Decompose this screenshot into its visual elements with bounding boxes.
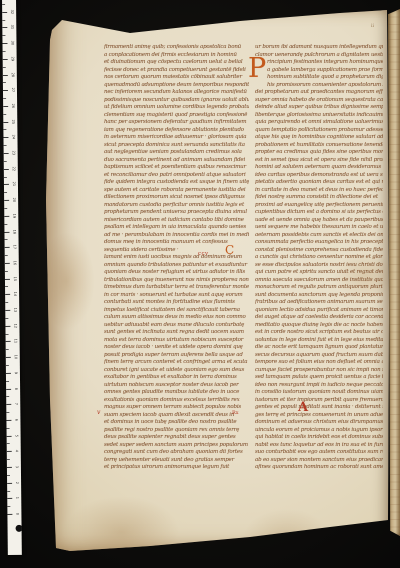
ruler-cm-tick <box>4 184 9 185</box>
ruler-half-tick <box>6 412 9 413</box>
next-page-edge <box>388 9 400 536</box>
text-line: dominum et aduersus christum eius dirump… <box>255 419 383 427</box>
column-right: ur borum ibi adamant nusquam intellegend… <box>255 44 383 472</box>
text-line: monachorum et regulis patrum antiquorum … <box>255 284 383 292</box>
text-line: firmamenti animę quib; confessionis apos… <box>104 44 249 52</box>
text-line: aut neglegentiae ueniam postulandam cred… <box>104 149 249 157</box>
text-line: noster deus iacob · uenite et uidete ope… <box>104 344 249 352</box>
ruler-cm-label: 20 <box>12 196 16 204</box>
text-line: homini ad salutem aeternam quam desidera… <box>255 164 383 172</box>
ruler-end-dot <box>16 525 22 532</box>
initial-a: A <box>298 401 308 414</box>
ruler-cm-label: 27 <box>11 86 15 94</box>
text-line: qui cum patre et spiritu sancto uiuit et… <box>255 269 383 277</box>
text-line: suo conturbabit eos ego autem constitutu… <box>255 449 383 457</box>
text-line: sed tamquam puluis quem proicit uentus a… <box>255 374 383 382</box>
text-line: gentes et populi meditati sunt inania · … <box>255 404 383 412</box>
ruler-half-tick <box>4 192 7 193</box>
text-line: fratribus ad aedificationem animarum sua… <box>255 299 383 307</box>
ruler-half-tick <box>7 490 10 491</box>
text-line: quia perquirendo et omni simulatione ual… <box>255 119 383 127</box>
text-line: quemadmodū adsumptione deum temporibus r… <box>104 82 249 90</box>
text-line: uade et uende omnia quę habes et da paup… <box>255 217 383 225</box>
text-line: et principatus uirorum animorumque legum… <box>104 464 249 472</box>
ruler-half-tick <box>4 224 7 225</box>
text-line: magnus super omnem terram subiecit popul… <box>104 404 249 412</box>
text-line: hanc per aspersionem deferatur gaudium i… <box>104 119 249 127</box>
ruler-cm-tick <box>6 404 11 405</box>
text-line: timebimus dum turbabitur terra et transf… <box>104 284 249 292</box>
ruler-half-tick <box>3 67 6 68</box>
text-line: sicut praecepta dominica sunt seruanda s… <box>104 142 249 150</box>
ruler-half-tick <box>7 428 10 429</box>
text-line: exultationis quoniam dominus excelsus te… <box>104 397 249 405</box>
text-line: terrę uehementer eleuati sunt deo gratia… <box>104 457 249 465</box>
text-line: omnia saecula saeculorum amen de institu… <box>255 277 383 285</box>
ruler-half-tick <box>4 145 7 146</box>
ruler-cm-label: 25 <box>11 117 15 125</box>
ruler-cm-tick <box>3 74 8 75</box>
text-line: in cor maris · sonuerunt et turbatae sun… <box>104 292 249 300</box>
ruler-cm-tick <box>7 498 12 499</box>
text-line: cumque faciet prosperabuntur non sic imp… <box>255 367 383 375</box>
ruler-cm-label: 4 <box>15 447 19 455</box>
text-line: clamor uenerandę pulchrorum a dignitatem… <box>255 52 383 60</box>
text-line: culum suum altissimus deus in medio eius… <box>104 314 249 322</box>
ruler-half-tick <box>7 506 10 507</box>
text-line: duo sacramenta pertinent ad animam salua… <box>104 157 249 165</box>
ruler-half-tick <box>4 208 7 209</box>
photo-background: 3332313029282726252423222120191817161514… <box>0 0 400 568</box>
text-line: mota est terra dominus uirtutum nobiscum… <box>104 337 249 345</box>
text-line: psallite regi nostro psallite quoniam re… <box>104 427 249 435</box>
ruler-cm-tick <box>4 216 9 217</box>
text-line: ges terrę et principes conuenerunt in un… <box>255 412 383 420</box>
ruler-cm-tick <box>7 483 12 484</box>
text-line: clementiam suę magisterii quod praestigi… <box>104 112 249 120</box>
text-line: a gabele lamberga supplicationem prae fo… <box>255 67 383 75</box>
ruler-cm-tick <box>3 106 8 107</box>
ruler-cm-tick <box>2 43 7 44</box>
text-line: dei prophetarum aut praedicantes magnoru… <box>255 89 383 97</box>
ruler-cm-tick <box>2 12 7 13</box>
text-line: sedet super sedem sanctam suam principes… <box>104 442 249 450</box>
ruler-cm-label: 18 <box>12 227 16 235</box>
ruler-cm-tick <box>4 231 9 232</box>
text-line: suam speciem iacob quam dilexit ascendit… <box>104 412 249 420</box>
ruler-cm-label: 7 <box>14 400 18 408</box>
text-line: iam quę regeneratione defensore ablution… <box>104 127 249 135</box>
text-line: deinde aliud super quibus tribus digniss… <box>255 104 383 112</box>
ruler-cm-label: 26 <box>11 102 15 110</box>
text-line: aeternam possidebis cum sanctis et elect… <box>255 232 383 240</box>
ruler-cm-label: 22 <box>12 165 16 173</box>
ruler-half-tick <box>5 255 8 256</box>
ruler-half-tick <box>4 177 7 178</box>
text-line: mandatorum custodia perficitur omnis ius… <box>104 202 249 210</box>
text-line: meditatio quoque diuinę legis die ac noc… <box>255 322 383 330</box>
text-line: tempore suo et folium eius non defluet e… <box>255 359 383 367</box>
text-line: et dominus in uoce tubę psallite deo nos… <box>104 419 249 427</box>
text-line: consummata perfectio euangelica in his p… <box>255 239 383 247</box>
text-line: super omnia habeto de orationum sequestr… <box>255 97 383 105</box>
text-line: est in corde nostro sicut scriptum est b… <box>255 329 383 337</box>
ruler-cm-label: 31 <box>10 23 14 31</box>
folio-number: ii <box>371 24 374 29</box>
ruler-half-tick <box>3 114 6 115</box>
text-line: et diuinationum quę cōspectu caelorum ue… <box>104 59 249 67</box>
text-line: est in semet ipsa sicut et opera sine fi… <box>255 157 383 165</box>
ruler-cm-tick <box>5 263 10 264</box>
paragraph-mark: v <box>97 409 100 416</box>
text-line: conturbati sunt montes in fortitudine ei… <box>104 299 249 307</box>
ruler-cm-label: 11 <box>14 337 18 345</box>
text-line: sunt gentes et inclinata sunt regna dedi… <box>104 329 249 337</box>
ruler-cm-label: 6 <box>14 416 18 424</box>
ruler-cm-tick <box>3 59 8 60</box>
ruler-half-tick <box>7 459 10 460</box>
ruler-cm-tick <box>3 122 8 123</box>
ruler-cm-label: 12 <box>13 322 17 330</box>
text-line: posuit prodigia super terram auferens be… <box>104 352 249 360</box>
ruler-half-tick <box>3 98 6 99</box>
ruler-half-tick <box>6 381 9 382</box>
text-line: psallam et intellegam in uia inmaculata … <box>104 224 249 232</box>
text-line: impetus laetificat ciuitatem dei sanctif… <box>104 307 249 315</box>
ruler-half-tick <box>3 51 6 52</box>
text-line: fidei nostrę summa consistit in dilectio… <box>255 194 383 202</box>
ruler-cm-label: 10 <box>14 353 18 361</box>
text-line: pietatis adsertio quoniam deus caritas e… <box>255 179 383 187</box>
text-line: prophetarum pendent uniuersa praecepta d… <box>104 209 249 217</box>
text-line: se esse discipulos saluatoris nostri ies… <box>255 262 383 270</box>
text-line: sunt documenta sanctorum quę legenda pro… <box>255 292 383 300</box>
text-line: proximi ad euangelicę uitę perfectionem … <box>255 202 383 210</box>
ruler-half-tick <box>5 286 8 287</box>
text-line: tribulationibus quę inuenerunt nos nimis… <box>104 277 249 285</box>
chapter-number-rubric: ccv <box>198 251 208 257</box>
text-line: nabit eos tunc loquetur ad eos in ira su… <box>255 442 383 450</box>
ruler-cm-tick <box>4 200 9 201</box>
text-line: ad me · perambulabam in innocentia cordi… <box>104 232 249 240</box>
ruler-half-tick <box>6 396 9 397</box>
ruler-cm-label: 16 <box>13 259 17 267</box>
ruler-cm-label: 3 <box>15 463 19 471</box>
text-line: libenterque gloriosissima uniuersitatis … <box>255 112 383 120</box>
text-line: hominum subtilitate quod a prophetarum d… <box>255 74 383 82</box>
ruler-cm-label: 8 <box>14 384 18 392</box>
ruler-half-tick <box>5 271 8 272</box>
ruler-cm-tick <box>7 514 12 515</box>
text-line: fide quidem integra custodienda est usqu… <box>104 179 249 187</box>
ruler-cm-label: 21 <box>12 180 16 188</box>
margin-rubric: Rx <box>232 410 239 416</box>
text-line: die ac nocte erit tamquam lignum quod pl… <box>255 344 383 352</box>
text-line: in caritate in deo manet et deus in eo h… <box>255 187 383 195</box>
ruler-cm-label: 9 <box>14 369 18 377</box>
ruler-cm-label: 15 <box>13 274 17 282</box>
ruler-cm-label: 28 <box>11 70 15 78</box>
measurement-ruler: 3332313029282726252423222120191817161514… <box>2 0 22 555</box>
text-line: cupientibus dictum est a domino si uis p… <box>255 209 383 217</box>
text-line: a conplacationem dei firmis ecclesiarum … <box>104 52 249 60</box>
text-line: uincula eorum et proiciamus a nobis iugu… <box>255 427 383 435</box>
ruler-cm-tick <box>3 137 8 138</box>
text-line: rincipium festinantes integrum hominumqu… <box>255 59 383 67</box>
text-line: dei auget atque ad caelestia desideria c… <box>255 314 383 322</box>
text-line: spe autem et caritate roborata permanent… <box>104 187 249 195</box>
text-line: his promissorum conuenienter apostolorum… <box>255 82 383 90</box>
initial-p: P <box>248 55 266 82</box>
ruler-cm-tick <box>5 310 10 311</box>
ruler-half-tick <box>6 365 9 366</box>
text-line: baptismum scilicet et poenitentiam quibu… <box>104 164 249 172</box>
ruler-cm-tick <box>6 388 11 389</box>
text-line: qui habitat in caelis inridebit eos et d… <box>255 434 383 442</box>
text-line: secus decursus aquarum quod fructum suum… <box>255 352 383 360</box>
ruler-cm-tick <box>5 294 10 295</box>
text-line: exaltabor in gentibus et exaltabor in te… <box>104 374 249 382</box>
ruler-cm-tick <box>6 357 11 358</box>
text-line: nec inferiorem secundum kalanos allegori… <box>104 89 249 97</box>
text-line: ut fidelium omnium uolumine cordibus leg… <box>104 104 249 112</box>
ruler-cm-tick <box>7 451 12 452</box>
text-line: quam temptatio pollicitationem probamur … <box>255 127 383 135</box>
ruler-half-tick <box>6 333 9 334</box>
text-line: deus psallite sapienter regnabit deus su… <box>104 434 249 442</box>
text-line: a cunctis qui christiano censentur nomin… <box>255 254 383 262</box>
text-line: constat plenissime conprehensa custodien… <box>255 247 383 255</box>
text-line: nos certorum quorum maiestatis cōbinauit… <box>104 74 249 82</box>
ruler-half-tick <box>4 161 7 162</box>
ruler-half-tick <box>7 443 10 444</box>
ruler-cm-label: 17 <box>13 243 17 251</box>
ruler-cm-label: 24 <box>11 133 15 141</box>
text-line: atque his quę in hominibus cognitione sa… <box>255 134 383 142</box>
text-line: conburet igni uacate et uidete quoniam e… <box>104 367 249 375</box>
ruler-cm-label: 5 <box>15 431 19 439</box>
ruler-half-tick <box>5 302 8 303</box>
text-line: quoniam lectio adsidua purificat animam … <box>255 307 383 315</box>
initial-c: C <box>225 244 234 256</box>
ruler-cm-tick <box>3 90 8 91</box>
column-left: firmamenti animę quib; confessionis apos… <box>104 44 249 472</box>
ruler-half-tick <box>7 475 10 476</box>
ruler-cm-tick <box>6 420 11 421</box>
ruler-cm-label: 29 <box>11 55 15 63</box>
text-line: afines quorundam hominum ac roborati sun… <box>255 464 383 472</box>
ruler-cm-tick <box>4 169 9 170</box>
ruler-cm-tick <box>7 436 12 437</box>
text-line: misericordiam autem et iudicium cantabo … <box>104 217 249 225</box>
ruler-cm-tick <box>7 467 12 468</box>
ruler-half-tick <box>5 318 8 319</box>
text-line: ideo non resurgunt impii in iudicio nequ… <box>255 382 383 390</box>
text-line: propter ea credimus quia fides sine oper… <box>255 149 383 157</box>
ruler-half-tick <box>2 4 5 5</box>
text-line: ueni sequere me habebis thesaurum in cae… <box>255 224 383 232</box>
text-line: in aeternum misericordiae adiuuemur · gl… <box>104 134 249 142</box>
text-line: dilectionem proximorum sicut nosmet ipso… <box>104 194 249 202</box>
text-line: omnes gentes plaudite manibus iubilate d… <box>104 389 249 397</box>
ruler-cm-tick <box>5 247 10 248</box>
ruler-cm-label: 32 <box>10 8 14 16</box>
text-line: uirtutum nobiscum susceptor noster deus … <box>104 382 249 390</box>
ruler-cm-label: 23 <box>12 149 16 157</box>
text-line: quoniam deus noster refugium et uirtus a… <box>104 269 249 277</box>
text-line: in consilio iustorum quoniam nouit domin… <box>255 389 383 397</box>
ruler-cm-tick <box>4 153 9 154</box>
ruler-cm-tick <box>5 326 10 327</box>
text-line: iustorum et iter impiorum peribit quare … <box>255 397 383 405</box>
text-line: ur borum ibi adamant nusquam intellegend… <box>255 44 383 52</box>
ruler-cm-tick <box>6 341 11 342</box>
ruler-cm-label: 13 <box>13 306 17 314</box>
ruler-cm-label: 30 <box>10 39 14 47</box>
ruler-cm-label: 14 <box>13 290 17 298</box>
ruler-cm-label: 19 <box>12 212 16 220</box>
text-line: ideo caritas operibus demonstranda est u… <box>255 172 383 180</box>
ruler-half-tick <box>3 82 6 83</box>
manuscript-page: ii firmamenti animę quib; confessionis a… <box>46 8 390 554</box>
ruler-cm-tick <box>2 27 7 28</box>
text-line: probationem et humilitatis conuersatione… <box>255 142 383 150</box>
text-line: uoluntas in lege domini fuit et in lege … <box>255 337 383 345</box>
ruler-cm-label: 1 <box>15 494 19 502</box>
ruler-half-tick <box>3 129 6 130</box>
text-line: congregati sunt cum deo abraham quoniam … <box>104 449 249 457</box>
text-line: fecisse donec et prandia competiuerunt g… <box>104 67 249 75</box>
ruler-cm-tick <box>5 279 10 280</box>
ruler-half-tick <box>2 20 5 21</box>
text-line: podissimisque noscuntur quibusdam ignaro… <box>104 97 249 105</box>
ruler-half-tick <box>5 239 8 240</box>
text-line: uebitur adiuuabit eam deus mane diluculo… <box>104 322 249 330</box>
ruler-cm-tick <box>6 373 11 374</box>
text-line: omnium quando tribulationes patiuntur et… <box>104 262 249 270</box>
text-line: et reconciliamur deo patri omnipotenti a… <box>104 172 249 180</box>
ruler-cm-label: 2 <box>15 479 19 487</box>
text-line: finem terrę arcum conteret et confringet… <box>104 359 249 367</box>
ruler-half-tick <box>2 35 5 36</box>
ruler-cm-label: 0 <box>15 510 19 518</box>
text-line: ab eo super sion montem sanctum eius pra… <box>255 457 383 465</box>
ruler-half-tick <box>6 349 9 350</box>
